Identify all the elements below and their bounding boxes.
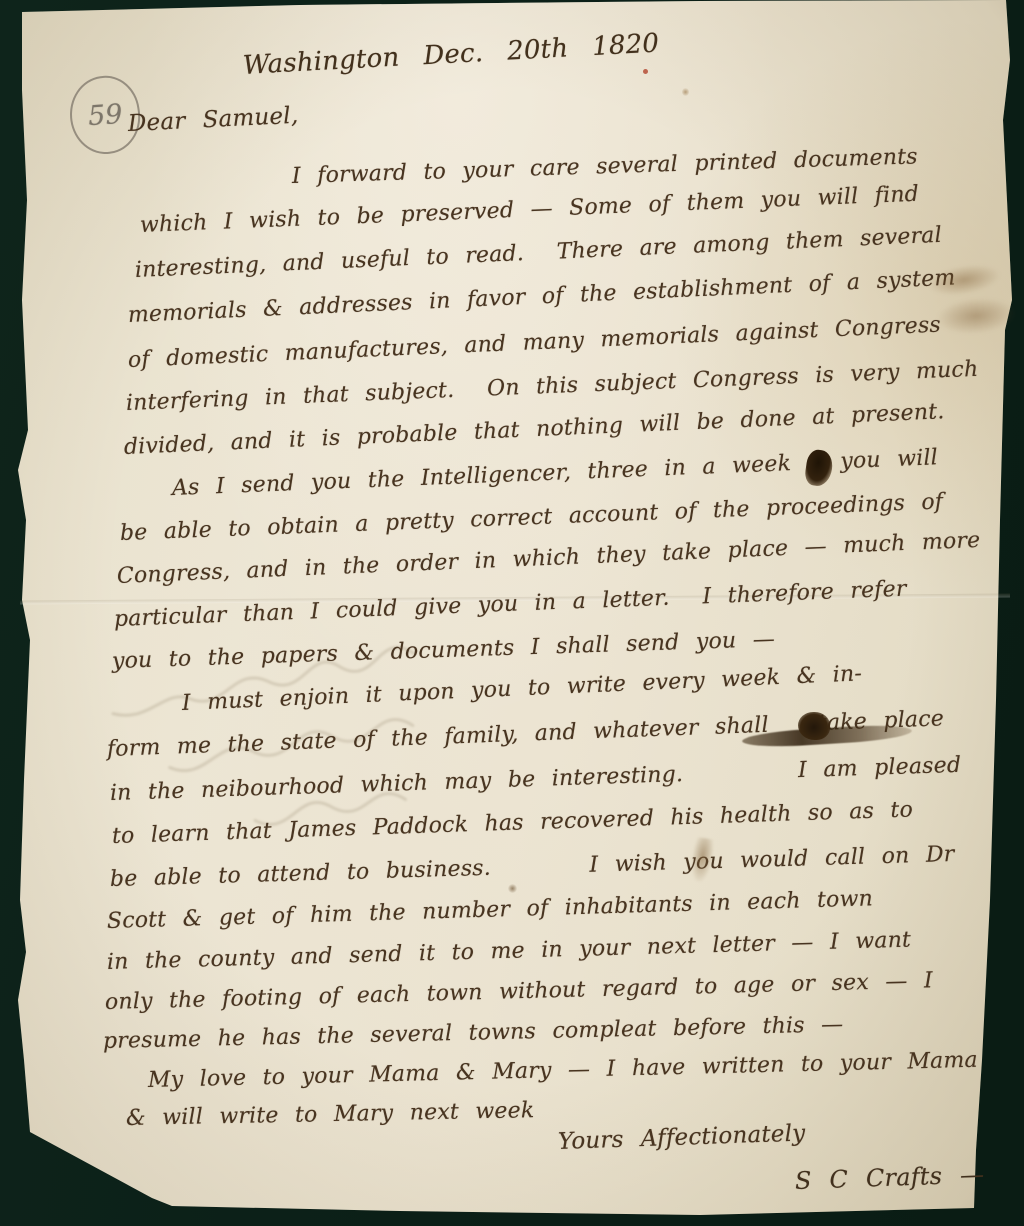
scan-backdrop: 59 Washington Dec. 20th 1820 Dear Samuel… — [0, 0, 1024, 1226]
archival-number: 59 — [87, 98, 123, 131]
stain-speck — [682, 88, 689, 96]
ink-speck — [508, 884, 517, 893]
ink-blot — [798, 712, 830, 740]
stain — [935, 295, 1018, 338]
red-speck — [643, 69, 648, 74]
